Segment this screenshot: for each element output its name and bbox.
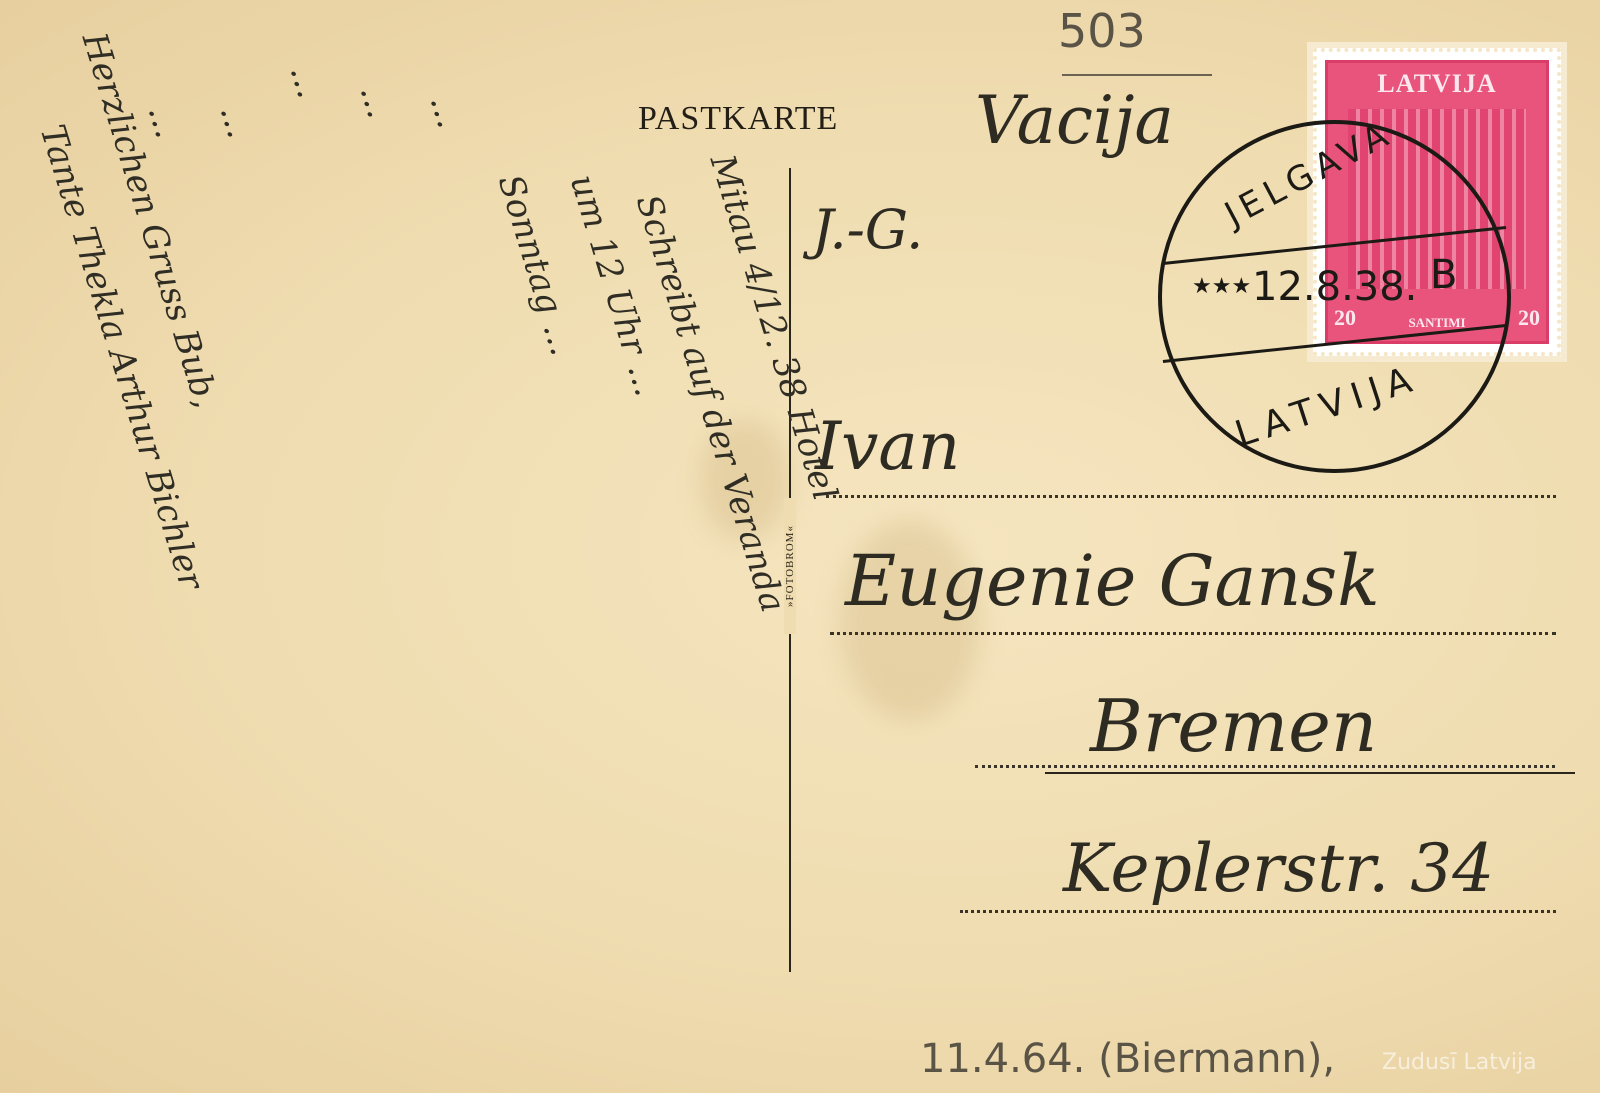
destination-country: Vacija — [975, 82, 1174, 159]
postmark-band — [1163, 324, 1506, 363]
message-line: ... — [282, 60, 330, 103]
postmark-country: LATVIJA — [1230, 358, 1424, 456]
recipient-line-5: Keplerstr. 34 — [1063, 830, 1494, 907]
postmark: JELGAVA ★★★ 12.8.38. B LATVIJA — [1158, 120, 1511, 473]
postcard: 503 PASTKARTE »FOTOBROM« Vacija J.-G. Iv… — [0, 0, 1600, 1093]
pastkarte-heading: PASTKARTE — [638, 100, 838, 138]
message-line: ... — [140, 100, 188, 143]
recipient-line-1: J.-G. — [812, 198, 923, 261]
address-line-4 — [960, 910, 1556, 913]
archive-number: 503 — [1058, 4, 1146, 58]
postmark-series: B — [1430, 252, 1457, 298]
address-line-1 — [826, 495, 1556, 498]
postmark-city: JELGAVA — [1218, 113, 1399, 235]
address-line-3 — [975, 765, 1555, 768]
message-line: ... — [352, 80, 400, 123]
archive-number-underline — [1062, 74, 1212, 76]
message-line: ... — [212, 100, 260, 143]
postmark-stars-icon: ★★★ — [1192, 274, 1251, 299]
archive-note: 11.4.64. (Biermann), — [920, 1036, 1335, 1082]
recipient-line-4: Bremen — [1090, 684, 1377, 768]
postmark-date: 12.8.38. — [1252, 264, 1417, 310]
stamp-value-right: 20 — [1518, 305, 1540, 331]
watermark: Zudusī Latvija — [1382, 1050, 1537, 1075]
city-underline — [1045, 772, 1575, 774]
message-line: ... — [422, 90, 470, 133]
address-line-2 — [830, 632, 1556, 635]
publisher-imprint: »FOTOBROM« — [784, 498, 796, 634]
recipient-line-3: Eugenie Gansk — [845, 540, 1380, 622]
stamp-country: LATVIJA — [1328, 69, 1546, 103]
